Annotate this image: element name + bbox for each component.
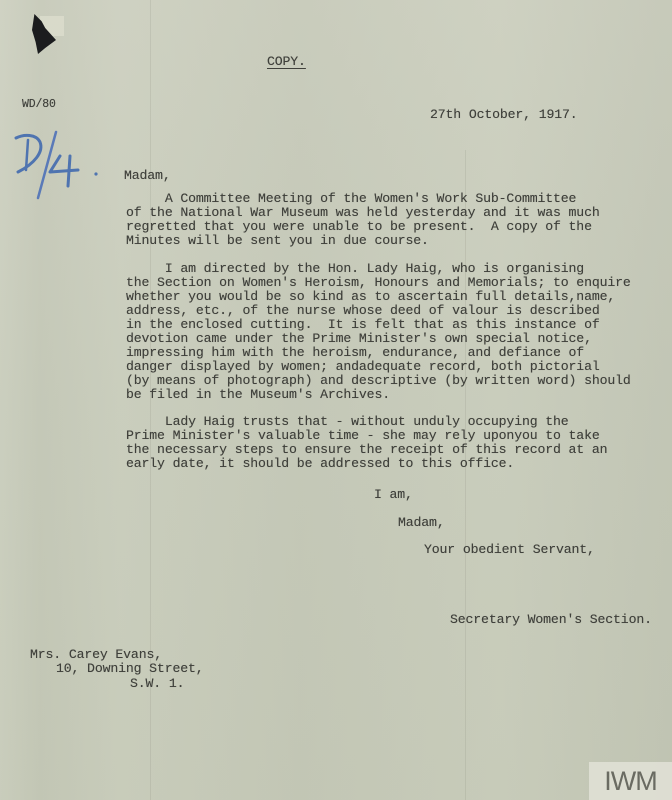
recipient-name: Mrs. Carey Evans, bbox=[30, 647, 162, 662]
paragraph-line: Minutes will be sent you in due course. bbox=[126, 233, 429, 248]
recipient-street: 10, Downing Street, bbox=[56, 661, 204, 676]
paragraph-line: of the National War Museum was held yest… bbox=[126, 205, 600, 220]
closing-line: I am, bbox=[374, 487, 413, 502]
reference-number: WD/80 bbox=[22, 97, 56, 112]
watermark-text: IWM bbox=[604, 766, 656, 797]
recipient-postcode: S.W. 1. bbox=[130, 676, 184, 691]
closing-line: Your obedient Servant, bbox=[424, 542, 595, 557]
paragraph-line: regretted that you were unable to be pre… bbox=[126, 219, 592, 234]
paragraph-line: the necessary steps to ensure the receip… bbox=[126, 442, 607, 457]
paragraph-line: impressing him with the heroism, enduran… bbox=[126, 345, 584, 360]
paragraph-line: Lady Haig trusts that - without unduly o… bbox=[126, 414, 569, 429]
salutation: Madam, bbox=[124, 168, 171, 183]
paper-crease bbox=[465, 150, 466, 800]
paragraph-line: devotion came under the Prime Minister's… bbox=[126, 331, 592, 346]
paragraph-line: Prime Minister's valuable time - she may… bbox=[126, 428, 600, 443]
paragraph-line: be filed in the Museum's Archives. bbox=[126, 387, 390, 402]
paragraph-line: early date, it should be addressed to th… bbox=[126, 456, 514, 471]
paragraph-line: the Section on Women's Heroism, Honours … bbox=[126, 275, 631, 290]
paragraph-line: address, etc., of the nurse whose deed o… bbox=[126, 303, 600, 318]
signature-line: Secretary Women's Section. bbox=[450, 612, 652, 627]
paragraph-line: danger displayed by women; andadequate r… bbox=[126, 359, 600, 374]
letter-date: 27th October, 1917. bbox=[430, 107, 578, 122]
closing-line: Madam, bbox=[398, 515, 445, 530]
paragraph-line: whether you would be so kind as to ascer… bbox=[126, 289, 615, 304]
paragraph-line: A Committee Meeting of the Women's Work … bbox=[126, 191, 576, 206]
letter-page: COPY. WD/80 27th October, 1917. Madam, A… bbox=[0, 0, 672, 800]
document-heading: COPY. bbox=[267, 54, 306, 69]
iwm-watermark: IWM bbox=[589, 762, 672, 800]
paragraph-line: I am directed by the Hon. Lady Haig, who… bbox=[126, 261, 584, 276]
paragraph-line: (by means of photograph) and descriptive… bbox=[126, 373, 631, 388]
paragraph-line: in the enclosed cutting. It is felt that… bbox=[126, 317, 600, 332]
handwritten-annotation-d4 bbox=[10, 130, 100, 200]
